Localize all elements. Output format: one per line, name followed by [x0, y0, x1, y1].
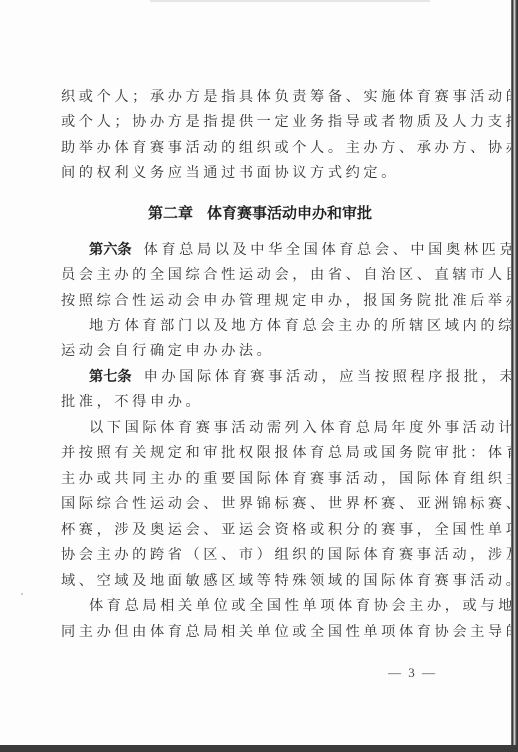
scan-speck	[21, 593, 23, 595]
text-line: 按照综合性运动会申办管理规定申办，报国务院批准后举办。	[61, 291, 453, 311]
text-line: 国际综合性运动会、世界锦标赛、世界杯赛、亚洲锦标赛、亚洲	[61, 494, 453, 514]
text-line: 杯赛，涉及奥运会、亚运会资格或积分的赛事，全国性单项体育	[61, 520, 453, 540]
text-line: 体育总局相关单位或全国性单项体育协会主办，或与地方共	[89, 596, 453, 616]
article-text: 体育总局以及中华全国体育总会、中国奥林匹克委	[144, 242, 518, 258]
article-text: 申办国际体育赛事活动，应当按照程序报批，未经	[144, 369, 518, 385]
text-line: 间的权利义务应当通过书面协议方式约定。	[61, 163, 453, 183]
text-line: 运动会自行确定申办办法。	[61, 341, 453, 361]
chapter-name: 体育赛事活动申办和审批	[207, 204, 372, 222]
article-label: 第六条	[89, 242, 132, 258]
text-line: 或个人；协办方是指提供一定业务指导或者物质及人力支持、协	[61, 112, 453, 132]
text-line: 以下国际体育赛事活动需列入体育总局年度外事活动计划，	[89, 418, 453, 438]
text-line: 并按照有关规定和审批权限报体育总局或国务院审批：体育总局	[61, 443, 453, 463]
article-6-line: 第六条体育总局以及中华全国体育总会、中国奥林匹克委	[89, 240, 453, 260]
text-line: 主办或共同主办的重要国际体育赛事活动，国际体育组织主办的	[61, 469, 453, 489]
article-7-line: 第七条申办国际体育赛事活动，应当按照程序报批，未经	[89, 367, 453, 387]
text-line: 织或个人；承办方是指具体负责筹备、实施体育赛事活动的组织	[61, 87, 453, 107]
page-edge-right	[511, 0, 518, 752]
text-line: 批准，不得申办。	[61, 392, 453, 412]
page-edge-bottom	[0, 745, 518, 752]
text-line: 地方体育部门以及地方体育总会主办的所辖区域内的综合性	[89, 316, 453, 336]
text-line: 员会主办的全国综合性运动会，由省、自治区、直辖市人民政府	[61, 265, 453, 285]
article-label: 第七条	[89, 369, 132, 385]
page-number: — 3 —	[388, 664, 448, 682]
text-line: 助举办体育赛事活动的组织或个人。主办方、承办方、协办方之	[61, 138, 453, 158]
chapter-number: 第二章	[148, 204, 193, 222]
text-line: 同主办但由体育总局相关单位或全国性单项体育协会主导的国际	[61, 622, 453, 642]
text-line: 协会主办的跨省（区、市）组织的国际体育赛事活动，涉及海	[61, 545, 453, 565]
document-page: 织或个人；承办方是指具体负责筹备、实施体育赛事活动的组织 或个人；协办方是指提供…	[0, 0, 512, 745]
text-line: 域、空域及地面敏感区域等特殊领域的国际体育赛事活动。	[61, 571, 453, 591]
scan-shadow	[150, 0, 430, 2]
chapter-title: 第二章体育赛事活动申办和审批	[148, 203, 388, 223]
